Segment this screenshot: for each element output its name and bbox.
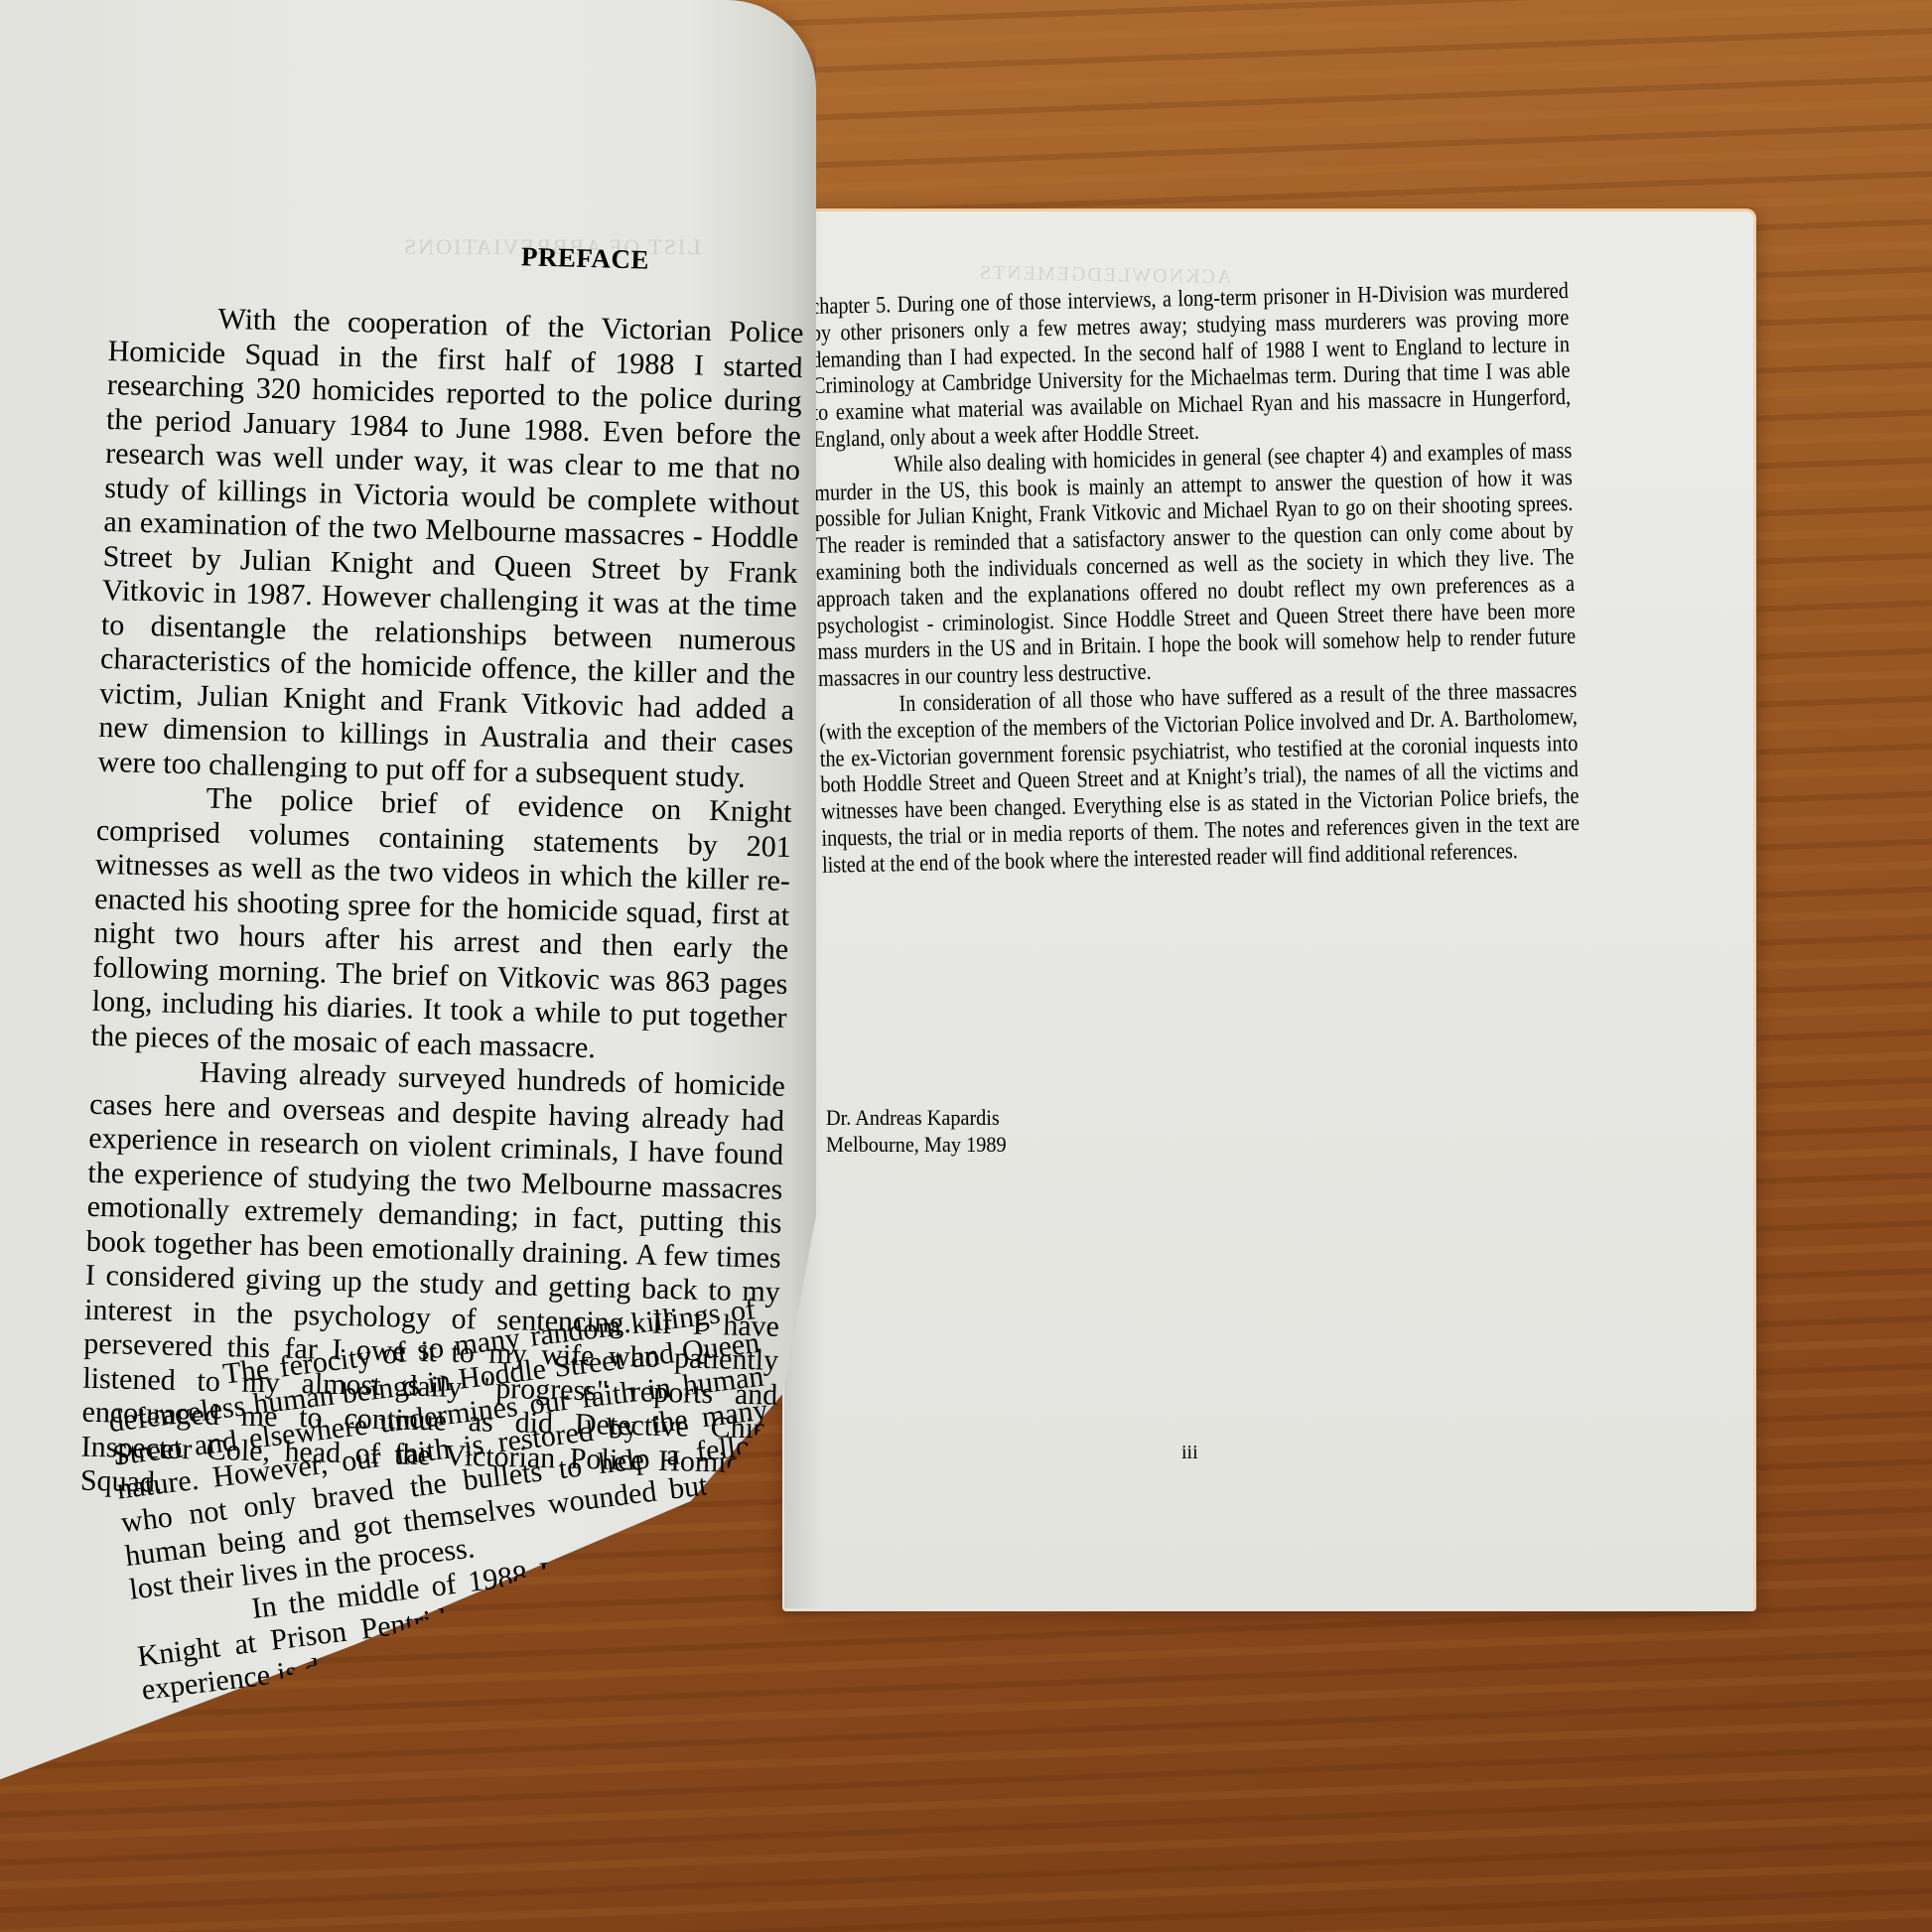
paragraph: The police brief of evidence on Knight c… bbox=[90, 779, 792, 1070]
paragraph: chapter 5. During one of those interview… bbox=[810, 278, 1572, 454]
paragraph: While also dealing with homicides in gen… bbox=[813, 438, 1577, 693]
signature-block: Dr. Andreas Kapardis Melbourne, May 1989 bbox=[826, 1104, 1007, 1158]
paragraph: In consideration of all those who have s… bbox=[818, 677, 1580, 880]
page-title: PREFACE bbox=[521, 241, 650, 275]
right-page-body: chapter 5. During one of those interview… bbox=[810, 278, 1581, 879]
left-page-content: LIST OF ABBREVIATIONS PREFACE With the c… bbox=[0, 0, 824, 1787]
place-date: Melbourne, May 1989 bbox=[826, 1131, 1007, 1158]
paragraph: With the cooperation of the Victorian Po… bbox=[97, 300, 804, 796]
page-number-left: ii bbox=[610, 1541, 623, 1571]
page-number-right: iii bbox=[1181, 1442, 1198, 1464]
author-name: Dr. Andreas Kapardis bbox=[826, 1104, 1007, 1131]
